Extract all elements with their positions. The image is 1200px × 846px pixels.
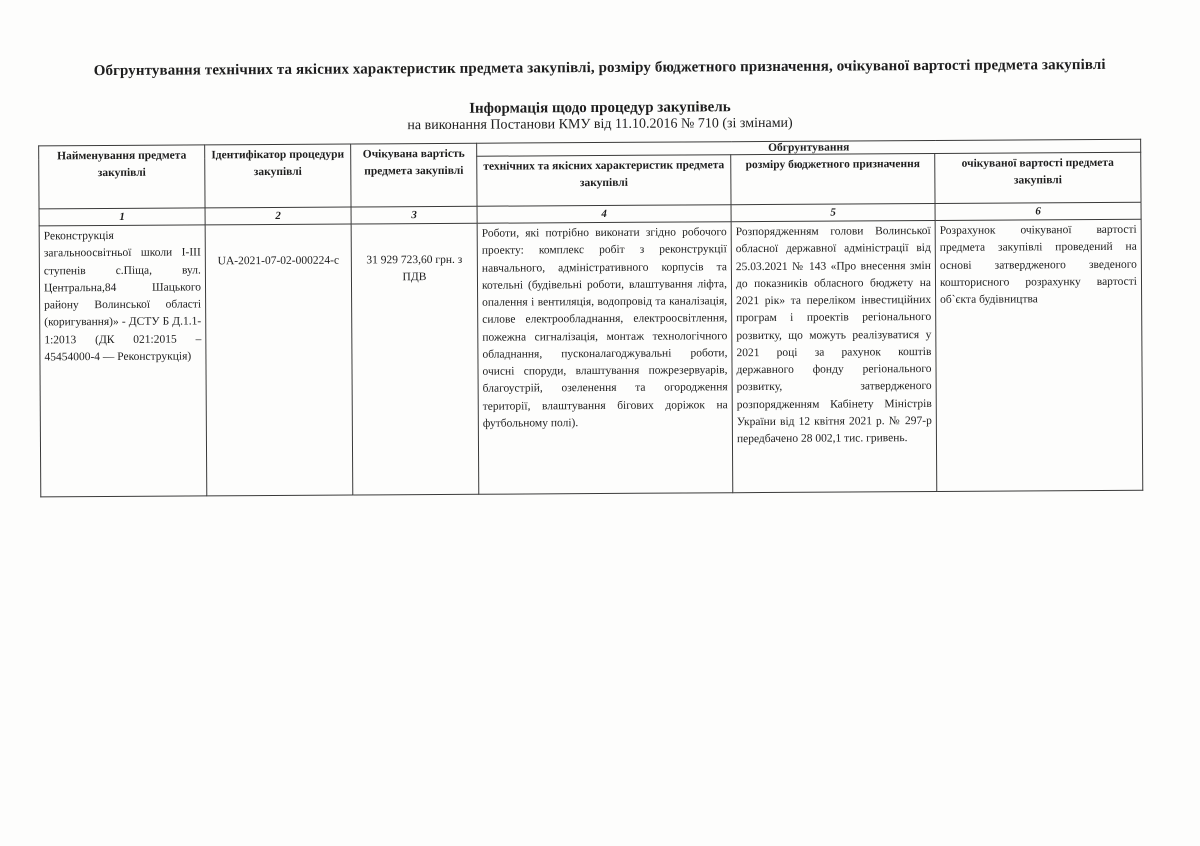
header-item-name: Найменування предмета закупівлі: [39, 145, 205, 209]
cell-item-name: Реконструкція загальноосвітньої школи І-…: [39, 225, 207, 497]
cell-procedure-id: UA-2021-07-02-000224-c: [205, 224, 353, 496]
header-procedure-id: Ідентифікатор процедури закупівлі: [205, 144, 351, 208]
cell-cost-justification: Розрахунок очікуваної вартості предмета …: [935, 219, 1143, 491]
header-cost-justification: очікуваної вартості предмета закупівлі: [935, 152, 1141, 203]
column-number: 2: [205, 207, 351, 225]
procurement-table: Найменування предмета закупівлі Ідентифі…: [38, 139, 1143, 498]
column-number: 6: [935, 202, 1141, 220]
header-expected-cost: Очікувана вартість предмета закупівлі: [351, 143, 477, 207]
header-budget-justification: розміру бюджетного призначення: [731, 153, 935, 204]
document-subtitle-resolution: на виконання Постанови КМУ від 11.10.201…: [340, 115, 860, 134]
cell-expected-cost: 31 929 723,60 грн. з ПДВ: [351, 223, 479, 495]
document-title: Обгрунтування технічних та якісних харак…: [80, 57, 1120, 80]
column-number: 5: [731, 203, 935, 221]
cell-budget-justification: Розпорядженням голови Волинської обласно…: [731, 220, 937, 492]
cell-technical-justification: Роботи, які потрібно виконати згідно роб…: [477, 222, 733, 495]
column-number: 1: [39, 208, 205, 226]
column-number: 3: [351, 206, 477, 224]
column-number: 4: [477, 205, 731, 224]
table-row: Реконструкція загальноосвітньої школи І-…: [39, 219, 1143, 497]
header-technical-justification: технічних та якісних характеристик предм…: [477, 155, 731, 207]
document-page: Обгрунтування технічних та якісних харак…: [0, 0, 1200, 846]
